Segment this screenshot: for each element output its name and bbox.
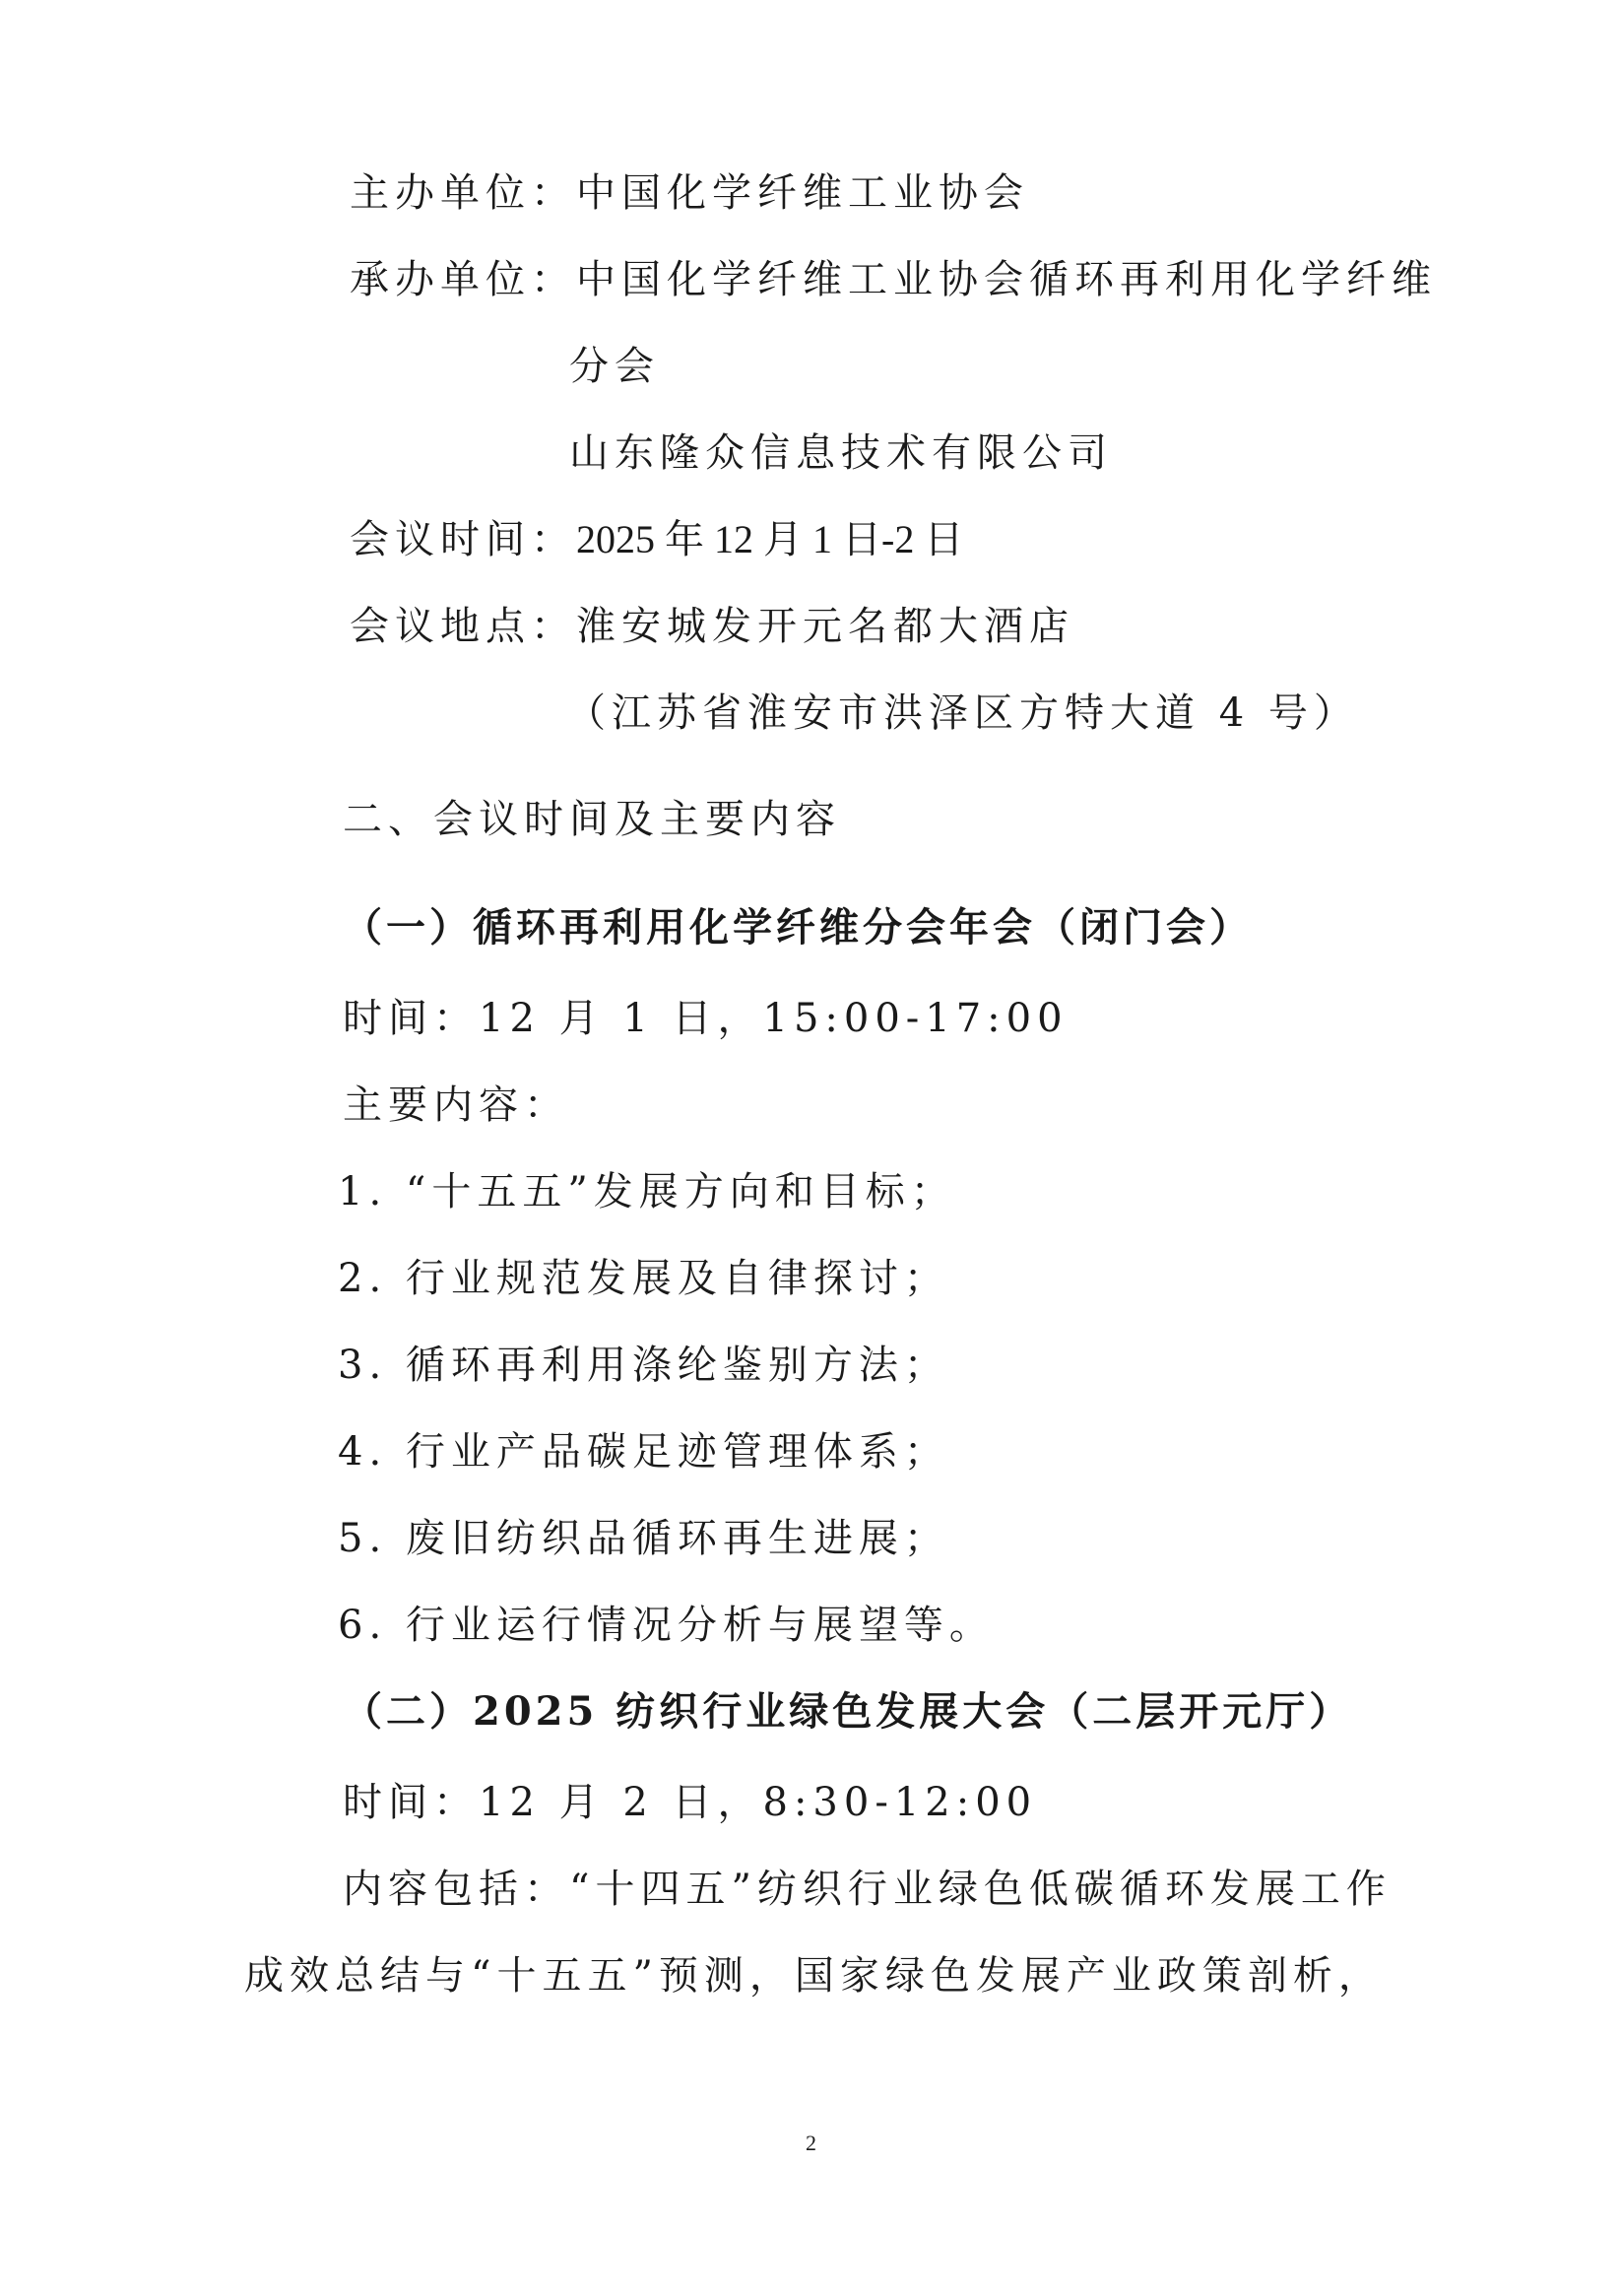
part1-time: 时间：12 月 1 日，15:00-17:00 [343, 995, 1069, 1042]
venue-label: 会议地点： [350, 604, 576, 649]
section-heading: 二、会议时间及主要内容 [343, 796, 841, 843]
organizer-row: 主办单位：中国化学纤维工业协会 [350, 169, 1029, 217]
organizer-value: 中国化学纤维工业协会 [576, 170, 1029, 216]
organizer-label: 主办单位： [350, 170, 576, 216]
page-number: 2 [806, 2131, 816, 2156]
list-item: 4. 行业产品碳足迹管理体系； [338, 1428, 949, 1476]
host-value-1: 中国化学纤维工业协会循环再利用化学纤维 [576, 257, 1437, 302]
host-row: 承办单位：中国化学纤维工业协会循环再利用化学纤维 [350, 256, 1437, 303]
list-item: 3. 循环再利用涤纶鉴别方法； [338, 1342, 949, 1389]
list-item: 2. 行业规范发展及自律探讨； [338, 1255, 949, 1302]
time-label: 会议时间： [350, 517, 576, 562]
list-item: 1. “十五五”发展方向和目标； [338, 1168, 956, 1215]
venue-row: 会议地点：淮安城发开元名都大酒店 [350, 603, 1074, 650]
time-row: 会议时间：2025 年 12 月 1 日-2 日 [350, 516, 963, 563]
list-item: 6. 行业运行情况分析与展望等。 [338, 1602, 995, 1649]
host-label: 承办单位： [350, 257, 576, 302]
part1-title: （一）循环再利用化学纤维分会年会（闭门会） [343, 904, 1253, 951]
part2-title: （二）2025 纺织行业绿色发展大会（二层开元厅） [343, 1688, 1352, 1736]
list-item: 5. 废旧纺织品循环再生进展； [338, 1515, 949, 1562]
part2-content-line2: 成效总结与“十五五”预测，国家绿色发展产业政策剖析， [244, 1952, 1384, 2000]
venue-value: 淮安城发开元名都大酒店 [576, 604, 1074, 649]
host-value-1-cont: 分会 [569, 343, 660, 390]
host-value-2: 山东隆众信息技术有限公司 [569, 429, 1113, 477]
time-value: 2025 年 12 月 1 日-2 日 [576, 517, 963, 561]
part1-content-label: 主要内容： [343, 1082, 569, 1129]
part2-content-line1: 内容包括：“十四五”纺织行业绿色低碳循环发展工作 [343, 1866, 1392, 1913]
part2-time: 时间：12 月 2 日，8:30-12:00 [343, 1779, 1037, 1826]
venue-address: （江苏省淮安市洪泽区方特大道 4 号） [566, 689, 1359, 737]
